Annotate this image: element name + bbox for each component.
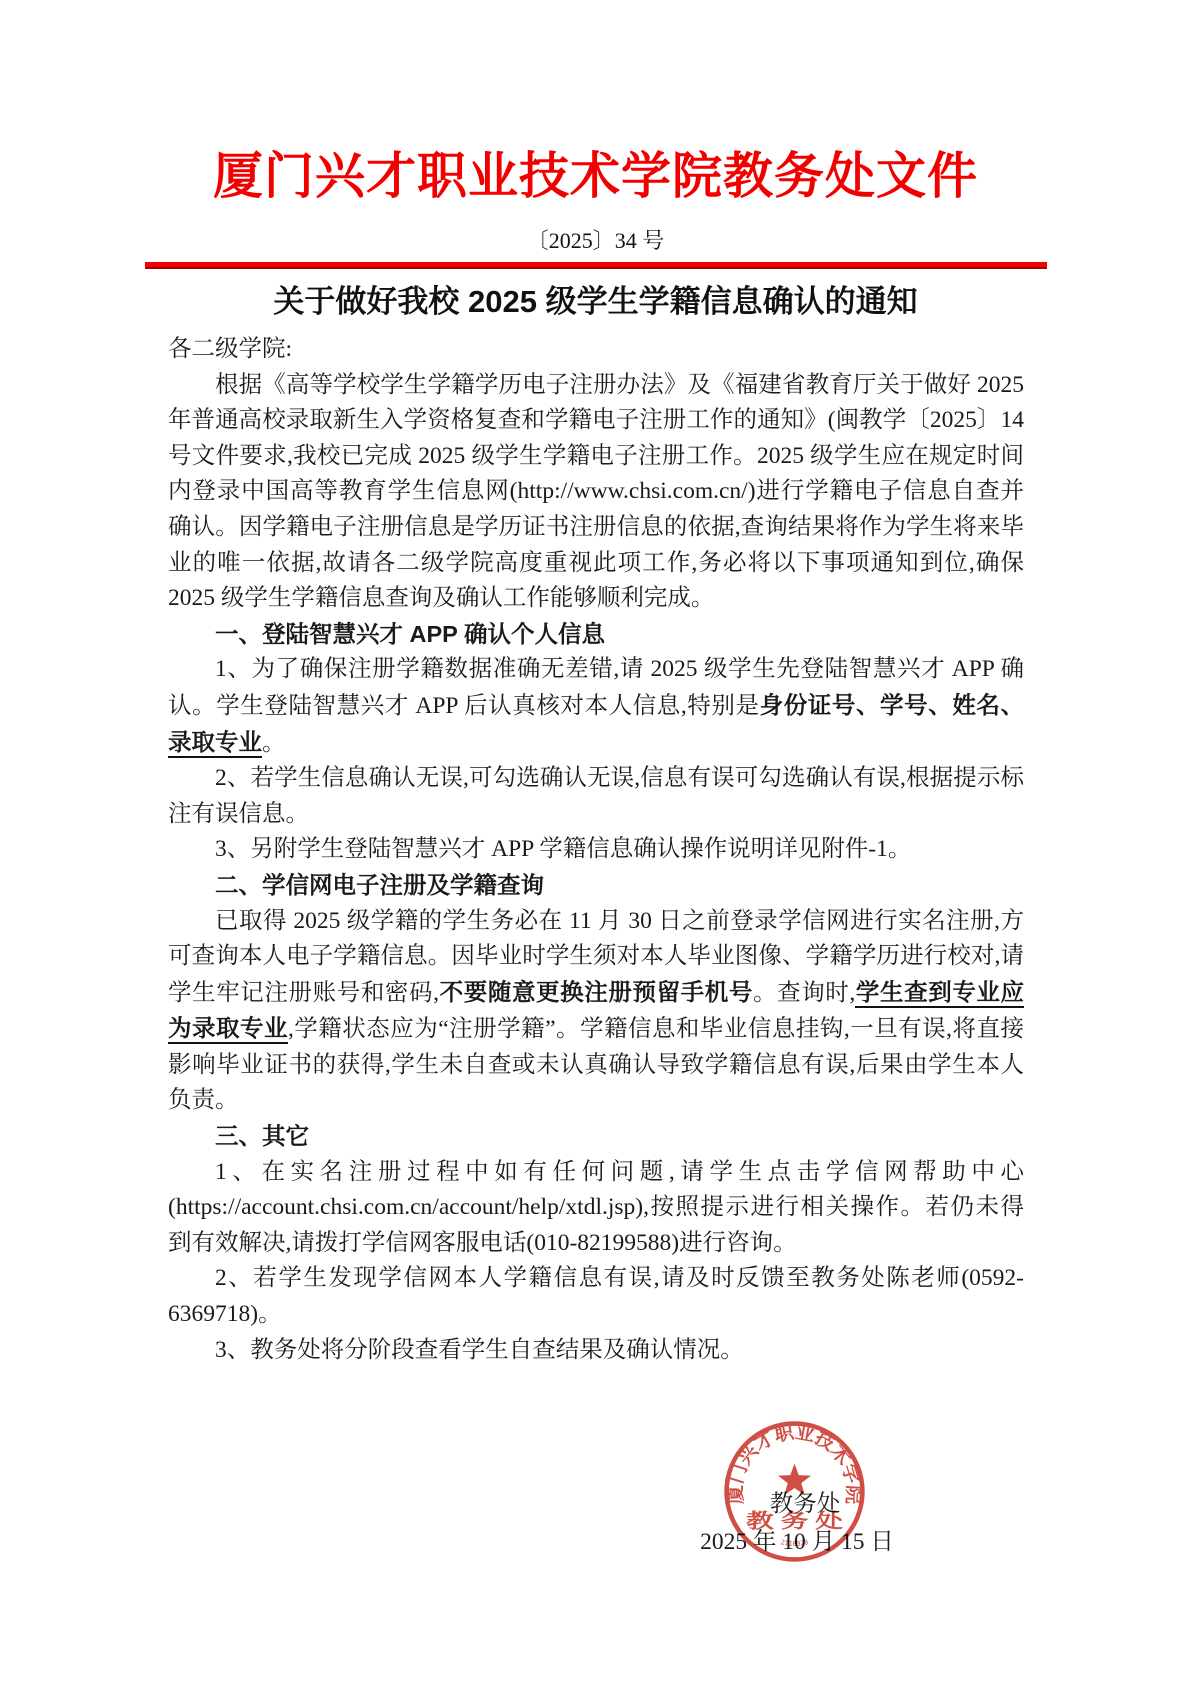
text-run: ,学籍状态应为“注册学籍”。学籍信息和毕业信息挂钩,一旦有误,将直接影响毕业证书… bbox=[168, 1016, 1024, 1113]
text-run: 2、若学生发现学信网本人学籍信息有误,请及时反馈至教务处陈老师(0592-636… bbox=[168, 1265, 1024, 1327]
text-run: 。查询时, bbox=[753, 980, 855, 1006]
text-run: 2、若学生信息确认无误,可勾选确认无误,信息有误可勾选确认有误,根据提示标注有误… bbox=[168, 765, 1024, 827]
text-run: 根据《高等学校学生学籍学历电子注册办法》及《福建省教育厅关于做好 2025 年普… bbox=[168, 372, 1024, 612]
paragraph: 各二级学院: bbox=[168, 332, 1024, 368]
official-seal-stamp: 厦门兴才职业技术学院 教 务 处 2110028 bbox=[719, 1416, 870, 1567]
text-run: 三、其它 bbox=[215, 1123, 309, 1149]
seal-star-icon bbox=[778, 1464, 811, 1495]
document-number: 〔2025〕34 号 bbox=[0, 224, 1191, 255]
paragraph: 3、教务处将分阶段查看学生自查结果及确认情况。 bbox=[168, 1333, 1024, 1369]
text-run: 各二级学院: bbox=[168, 336, 292, 362]
seal-ring-text-path: 厦门兴才职业技术学院 bbox=[724, 1421, 866, 1505]
document-header-title: 厦门兴才职业技术学院教务处文件 bbox=[0, 136, 1191, 208]
text-run: 3、另附学生登陆智慧兴才 APP 学籍信息确认操作说明详见附件-1。 bbox=[215, 836, 911, 862]
text-run: 一、登陆智慧兴才 APP 确认个人信息 bbox=[215, 621, 605, 647]
paragraph: 2、若学生发现学信网本人学籍信息有误,请及时反馈至教务处陈老师(0592-636… bbox=[168, 1261, 1024, 1332]
section-heading: 三、其它 bbox=[168, 1119, 1024, 1155]
text-run: 二、学信网电子注册及学籍查询 bbox=[215, 872, 544, 898]
seal-code: 2110028 bbox=[780, 1538, 809, 1548]
paragraph: 1、在实名注册过程中如有任何问题,请学生点击学信网帮助中心(https://ac… bbox=[168, 1155, 1024, 1262]
text-run: 不要随意更换注册预留手机号 bbox=[439, 979, 753, 1005]
document-page: 厦门兴才职业技术学院教务处文件 〔2025〕34 号 关于做好我校 2025 级… bbox=[0, 0, 1191, 1684]
section-heading: 二、学信网电子注册及学籍查询 bbox=[168, 868, 1024, 904]
text-run: 。 bbox=[262, 730, 286, 756]
text-run: 1、在实名注册过程中如有任何问题,请学生点击学信网帮助中心(https://ac… bbox=[168, 1159, 1024, 1256]
seal-code-path: 2110028 bbox=[780, 1538, 809, 1548]
text-run: 录取专业 bbox=[168, 729, 262, 758]
seal-center-text: 教 务 处 bbox=[745, 1510, 844, 1533]
notice-title: 关于做好我校 2025 级学生学籍信息确认的通知 bbox=[0, 276, 1191, 321]
section-heading: 一、登陆智慧兴才 APP 确认个人信息 bbox=[168, 617, 1024, 653]
seal-ring-text: 厦门兴才职业技术学院 bbox=[724, 1421, 866, 1505]
paragraph: 3、另附学生登陆智慧兴才 APP 学籍信息确认操作说明详见附件-1。 bbox=[168, 832, 1024, 868]
text-run: 身份证号、学号、姓名、 bbox=[760, 692, 1024, 718]
text-run: 3、教务处将分阶段查看学生自查结果及确认情况。 bbox=[215, 1337, 744, 1363]
paragraph: 根据《高等学校学生学籍学历电子注册办法》及《福建省教育厅关于做好 2025 年普… bbox=[168, 368, 1024, 617]
paragraph: 1、为了确保注册学籍数据准确无差错,请 2025 级学生先登陆智慧兴才 APP … bbox=[168, 652, 1024, 761]
red-divider-line bbox=[145, 262, 1047, 269]
paragraph: 已取得 2025 级学籍的学生务必在 11 月 30 日之前登录学信网进行实名注… bbox=[168, 904, 1024, 1120]
document-body: 各二级学院:根据《高等学校学生学籍学历电子注册办法》及《福建省教育厅关于做好 2… bbox=[168, 332, 1024, 1368]
paragraph: 2、若学生信息确认无误,可勾选确认无误,信息有误可勾选确认有误,根据提示标注有误… bbox=[168, 761, 1024, 832]
